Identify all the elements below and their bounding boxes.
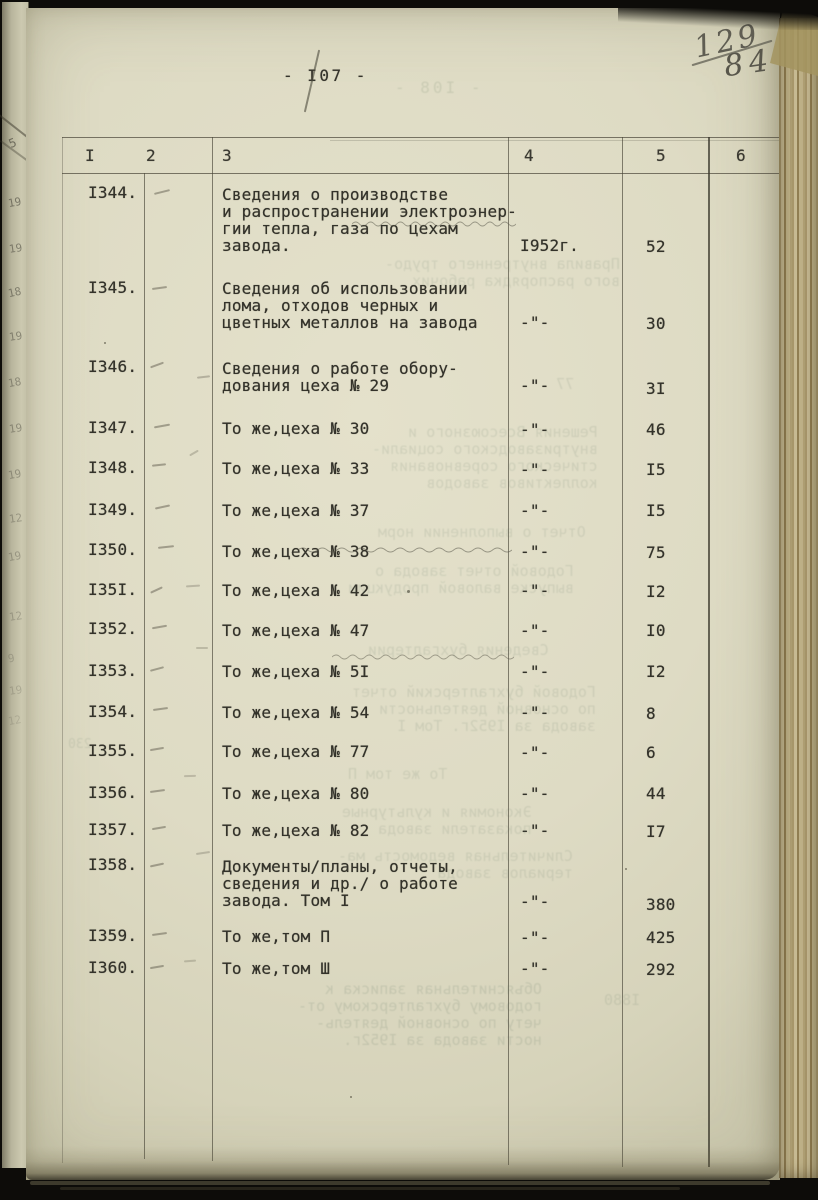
edge-number: 12 — [8, 609, 23, 624]
bleedthrough-text: Отчет о выполнении норм — [378, 524, 586, 541]
scanned-archive-page-photo: 5 19 19 18 19 18 19 19 12 19 12 9 19 12 … — [0, 0, 818, 1200]
row-sheet-count: 52 — [646, 238, 666, 255]
row-sheet-count: 8 — [646, 705, 656, 722]
row-number: I352. — [88, 620, 137, 637]
row-sheet-count: I5 — [646, 502, 666, 519]
row-date: -"- — [520, 960, 550, 977]
row-number: I347. — [88, 419, 137, 436]
column-header: 2 — [146, 146, 156, 165]
paper-speck — [104, 342, 106, 344]
row-description: То же,цеха № 5I — [222, 663, 370, 680]
row-sheet-count: I2 — [646, 663, 666, 680]
edge-number: 18 — [7, 375, 22, 390]
row-sheet-count: I7 — [646, 823, 666, 840]
row-number: I358. — [88, 856, 137, 873]
col2-pencil-mark — [184, 775, 196, 777]
row-date: -"- — [520, 929, 550, 946]
row-date: -"- — [520, 622, 550, 639]
row-sheet-count: I2 — [646, 583, 666, 600]
bleedthrough-text: То же том П — [348, 766, 447, 783]
bleedthrough-text: Решения Всесоюзного и внутризаводского с… — [372, 424, 598, 492]
edge-number: 19 — [8, 241, 23, 256]
paper-speck — [350, 1096, 352, 1098]
row-description: То же,цеха № 47 — [222, 622, 370, 639]
row-description: То же,том Ш — [222, 960, 330, 977]
row-number: I35I. — [88, 581, 137, 598]
row-sheet-count: 44 — [646, 785, 666, 802]
column-header: 4 — [524, 146, 534, 165]
row-number: I354. — [88, 703, 137, 720]
row-date: -"- — [520, 893, 550, 910]
paper-speck — [625, 868, 627, 870]
column-header: 3 — [222, 146, 232, 165]
grid-vline — [144, 173, 145, 1159]
row-number: I356. — [88, 784, 137, 801]
row-sheet-count: 46 — [646, 421, 666, 438]
row-sheet-count: 380 — [646, 896, 676, 913]
column-header: I — [85, 146, 95, 165]
row-sheet-count: 425 — [646, 929, 676, 946]
edge-number: 19 — [8, 421, 23, 436]
edge-number: 19 — [7, 467, 22, 482]
pencil-squiggle — [352, 220, 516, 228]
row-number: I350. — [88, 541, 137, 558]
edge-number: 19 — [8, 683, 23, 698]
bleedthrough-text: Годовой отчет завода о выпуске валовой п… — [348, 563, 574, 597]
row-number: I346. — [88, 358, 137, 375]
row-date: I952г. — [520, 237, 579, 254]
row-sheet-count: 75 — [646, 544, 666, 561]
grid-hline — [330, 140, 780, 141]
grid-hline — [62, 173, 781, 174]
folio-new: 84 — [722, 43, 777, 85]
bleedthrough-number: I880 — [604, 992, 640, 1009]
row-number: I348. — [88, 459, 137, 476]
bleed-page-number: - I08 - — [392, 78, 480, 97]
grid-vline — [212, 137, 213, 1161]
row-sheet-count: I5 — [646, 461, 666, 478]
row-description: То же,цеха № 33 — [222, 460, 370, 477]
row-sheet-count: I0 — [646, 622, 666, 639]
page-stack-bottom-edge — [30, 1181, 770, 1185]
row-description: То же,цеха № 54 — [222, 704, 370, 721]
row-date: -"- — [520, 502, 550, 519]
row-date: -"- — [520, 543, 550, 560]
page-stack-right-edge — [779, 18, 818, 1178]
bleedthrough-number: 77 — [556, 376, 574, 393]
row-date: -"- — [520, 744, 550, 761]
top-right-shadow — [618, 0, 818, 30]
pencil-squiggle — [298, 546, 512, 554]
edge-number: 12 — [8, 511, 23, 526]
row-description: Сведения о работе обору- дования цеха № … — [222, 360, 458, 394]
row-number: I353. — [88, 662, 137, 679]
row-date: -"- — [520, 663, 550, 680]
row-number: I359. — [88, 927, 137, 944]
col2-pencil-mark — [196, 647, 208, 649]
row-description: То же,цеха № 30 — [222, 420, 370, 437]
row-number: I357. — [88, 821, 137, 838]
row-number: I345. — [88, 279, 137, 296]
grid-vline — [62, 137, 63, 1163]
column-header: 6 — [736, 146, 746, 165]
edge-number: 19 — [7, 195, 22, 210]
row-number: I344. — [88, 184, 137, 201]
edge-number: 19 — [7, 549, 22, 564]
edge-number: 12 — [7, 713, 22, 728]
previous-page-edge — [2, 2, 29, 1168]
bleedthrough-text: Правила внутреннего трудо- вого распоряд… — [385, 256, 620, 290]
grid-vline — [622, 137, 623, 1167]
edge-number: 19 — [8, 329, 23, 344]
row-number: I360. — [88, 959, 137, 976]
row-number: I355. — [88, 742, 137, 759]
column-header: 5 — [656, 146, 666, 165]
bleedthrough-text: Объяснительная записка к годовому бухгал… — [298, 981, 542, 1049]
grid-vline — [708, 137, 710, 1167]
page-bottom-shadow — [26, 1146, 780, 1180]
bleedthrough-text: Экономия и культурные показатели завода — [342, 804, 532, 838]
row-sheet-count: 3I — [646, 380, 666, 397]
bleedthrough-text: Сличительная ведомость ма- териалов заво… — [338, 848, 573, 882]
bleedthrough-text: Сведения бухгалтерии — [368, 642, 549, 659]
row-date: -"- — [520, 314, 550, 331]
row-sheet-count: 292 — [646, 961, 676, 978]
row-number: I349. — [88, 501, 137, 518]
row-sheet-count: 6 — [646, 744, 656, 761]
row-description: То же,цеха № 37 — [222, 502, 370, 519]
row-sheet-count: 30 — [646, 315, 666, 332]
row-description: То же,том П — [222, 928, 330, 945]
edge-number: 18 — [7, 285, 23, 300]
row-date: -"- — [520, 377, 550, 394]
page-stack-bottom-edge — [60, 1187, 680, 1190]
grid-hline — [62, 137, 781, 138]
bleedthrough-text: Годовой бухгалтерский отчет по основной … — [352, 684, 596, 735]
row-date: -"- — [520, 785, 550, 802]
row-description: То же,цеха № 80 — [222, 785, 370, 802]
bleedthrough-number: 230 — [68, 736, 91, 753]
row-description: То же,цеха № 77 — [222, 743, 370, 760]
page-number: - I07 - — [283, 66, 368, 85]
